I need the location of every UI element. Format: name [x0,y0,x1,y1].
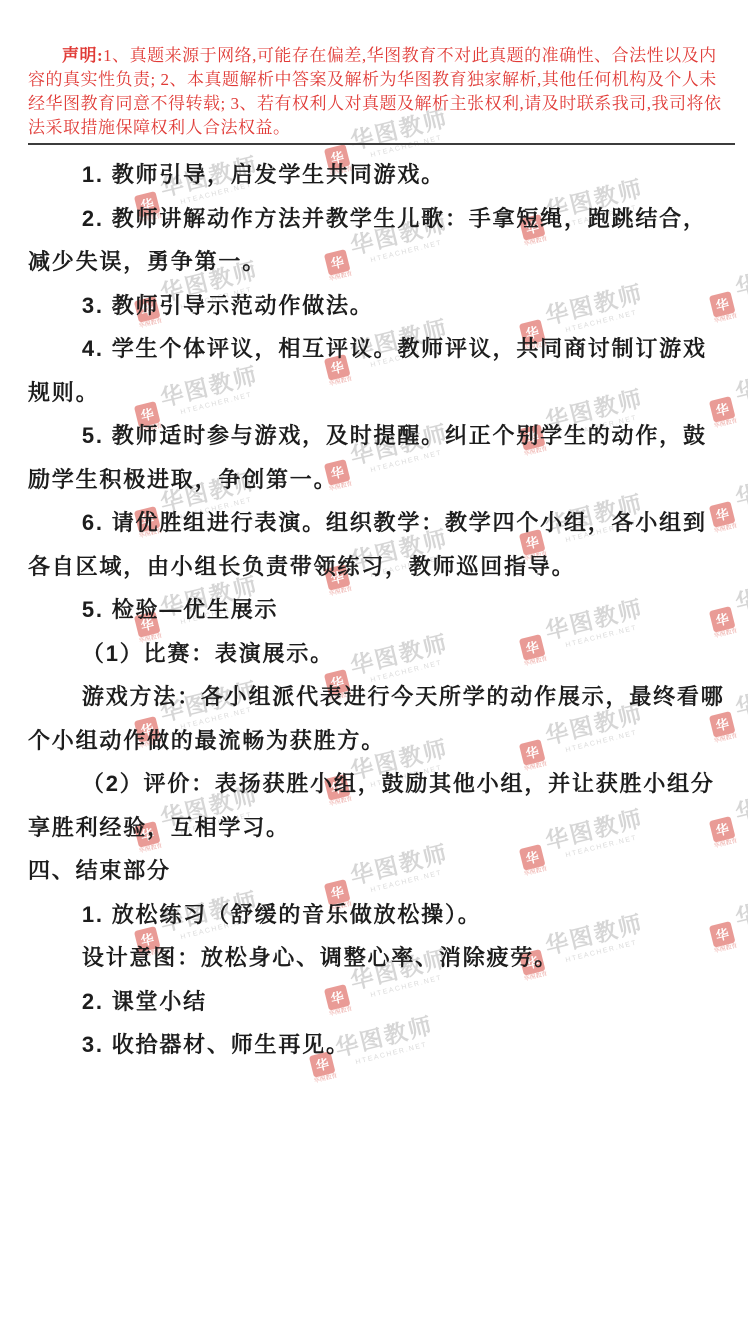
disclaimer: 声明:1、真题来源于网络,可能存在偏差,华图教育不对此真题的准确性、合法性以及内… [0,44,748,140]
divider [28,143,735,145]
paragraph: 1. 教师引导，启发学生共同游戏。 [28,153,728,197]
paragraph: 1. 放松练习（舒缓的音乐做放松操）。 [28,893,728,937]
disclaimer-text: 1、真题来源于网络,可能存在偏差,华图教育不对此真题的准确性、合法性以及内容的真… [28,46,721,137]
document-page: 华华图教育华图教师HTEACHER.NET华华图教育华图教师HTEACHER.N… [0,0,748,1335]
paragraph: 3. 收拾器材、师生再见。 [28,1023,728,1067]
disclaimer-label: 声明: [62,46,103,65]
paragraph: 6. 请优胜组进行表演。组织教学：教学四个小组，各小组到各自区域，由小组长负责带… [28,501,728,588]
section-heading: 四、结束部分 [28,849,728,893]
paragraph: 游戏方法：各小组派代表进行今天所学的动作展示，最终看哪个小组动作做的最流畅为获胜… [28,675,728,762]
paragraph: 2. 教师讲解动作方法并教学生儿歌：手拿短绳，跑跳结合，减少失误，勇争第一。 [28,197,728,284]
paragraph: 2. 课堂小结 [28,980,728,1024]
document-body: 1. 教师引导，启发学生共同游戏。2. 教师讲解动作方法并教学生儿歌：手拿短绳，… [0,153,748,1067]
watermark-logo-subtext: 华图教育 [313,1073,338,1085]
paragraph: 设计意图：放松身心、调整心率、消除疲劳。 [28,936,728,980]
paragraph: （2）评价：表扬获胜小组，鼓励其他小组，并让获胜小组分享胜利经验，互相学习。 [28,762,728,849]
paragraph: （1）比赛：表演展示。 [28,632,728,676]
paragraph: 5. 教师适时参与游戏，及时提醒。纠正个别学生的动作，鼓励学生积极进取，争创第一… [28,414,728,501]
paragraph: 3. 教师引导示范动作做法。 [28,284,728,328]
paragraph: 4. 学生个体评议，相互评议。教师评议，共同商讨制订游戏规则。 [28,327,728,414]
paragraph: 5. 检验—优生展示 [28,588,728,632]
